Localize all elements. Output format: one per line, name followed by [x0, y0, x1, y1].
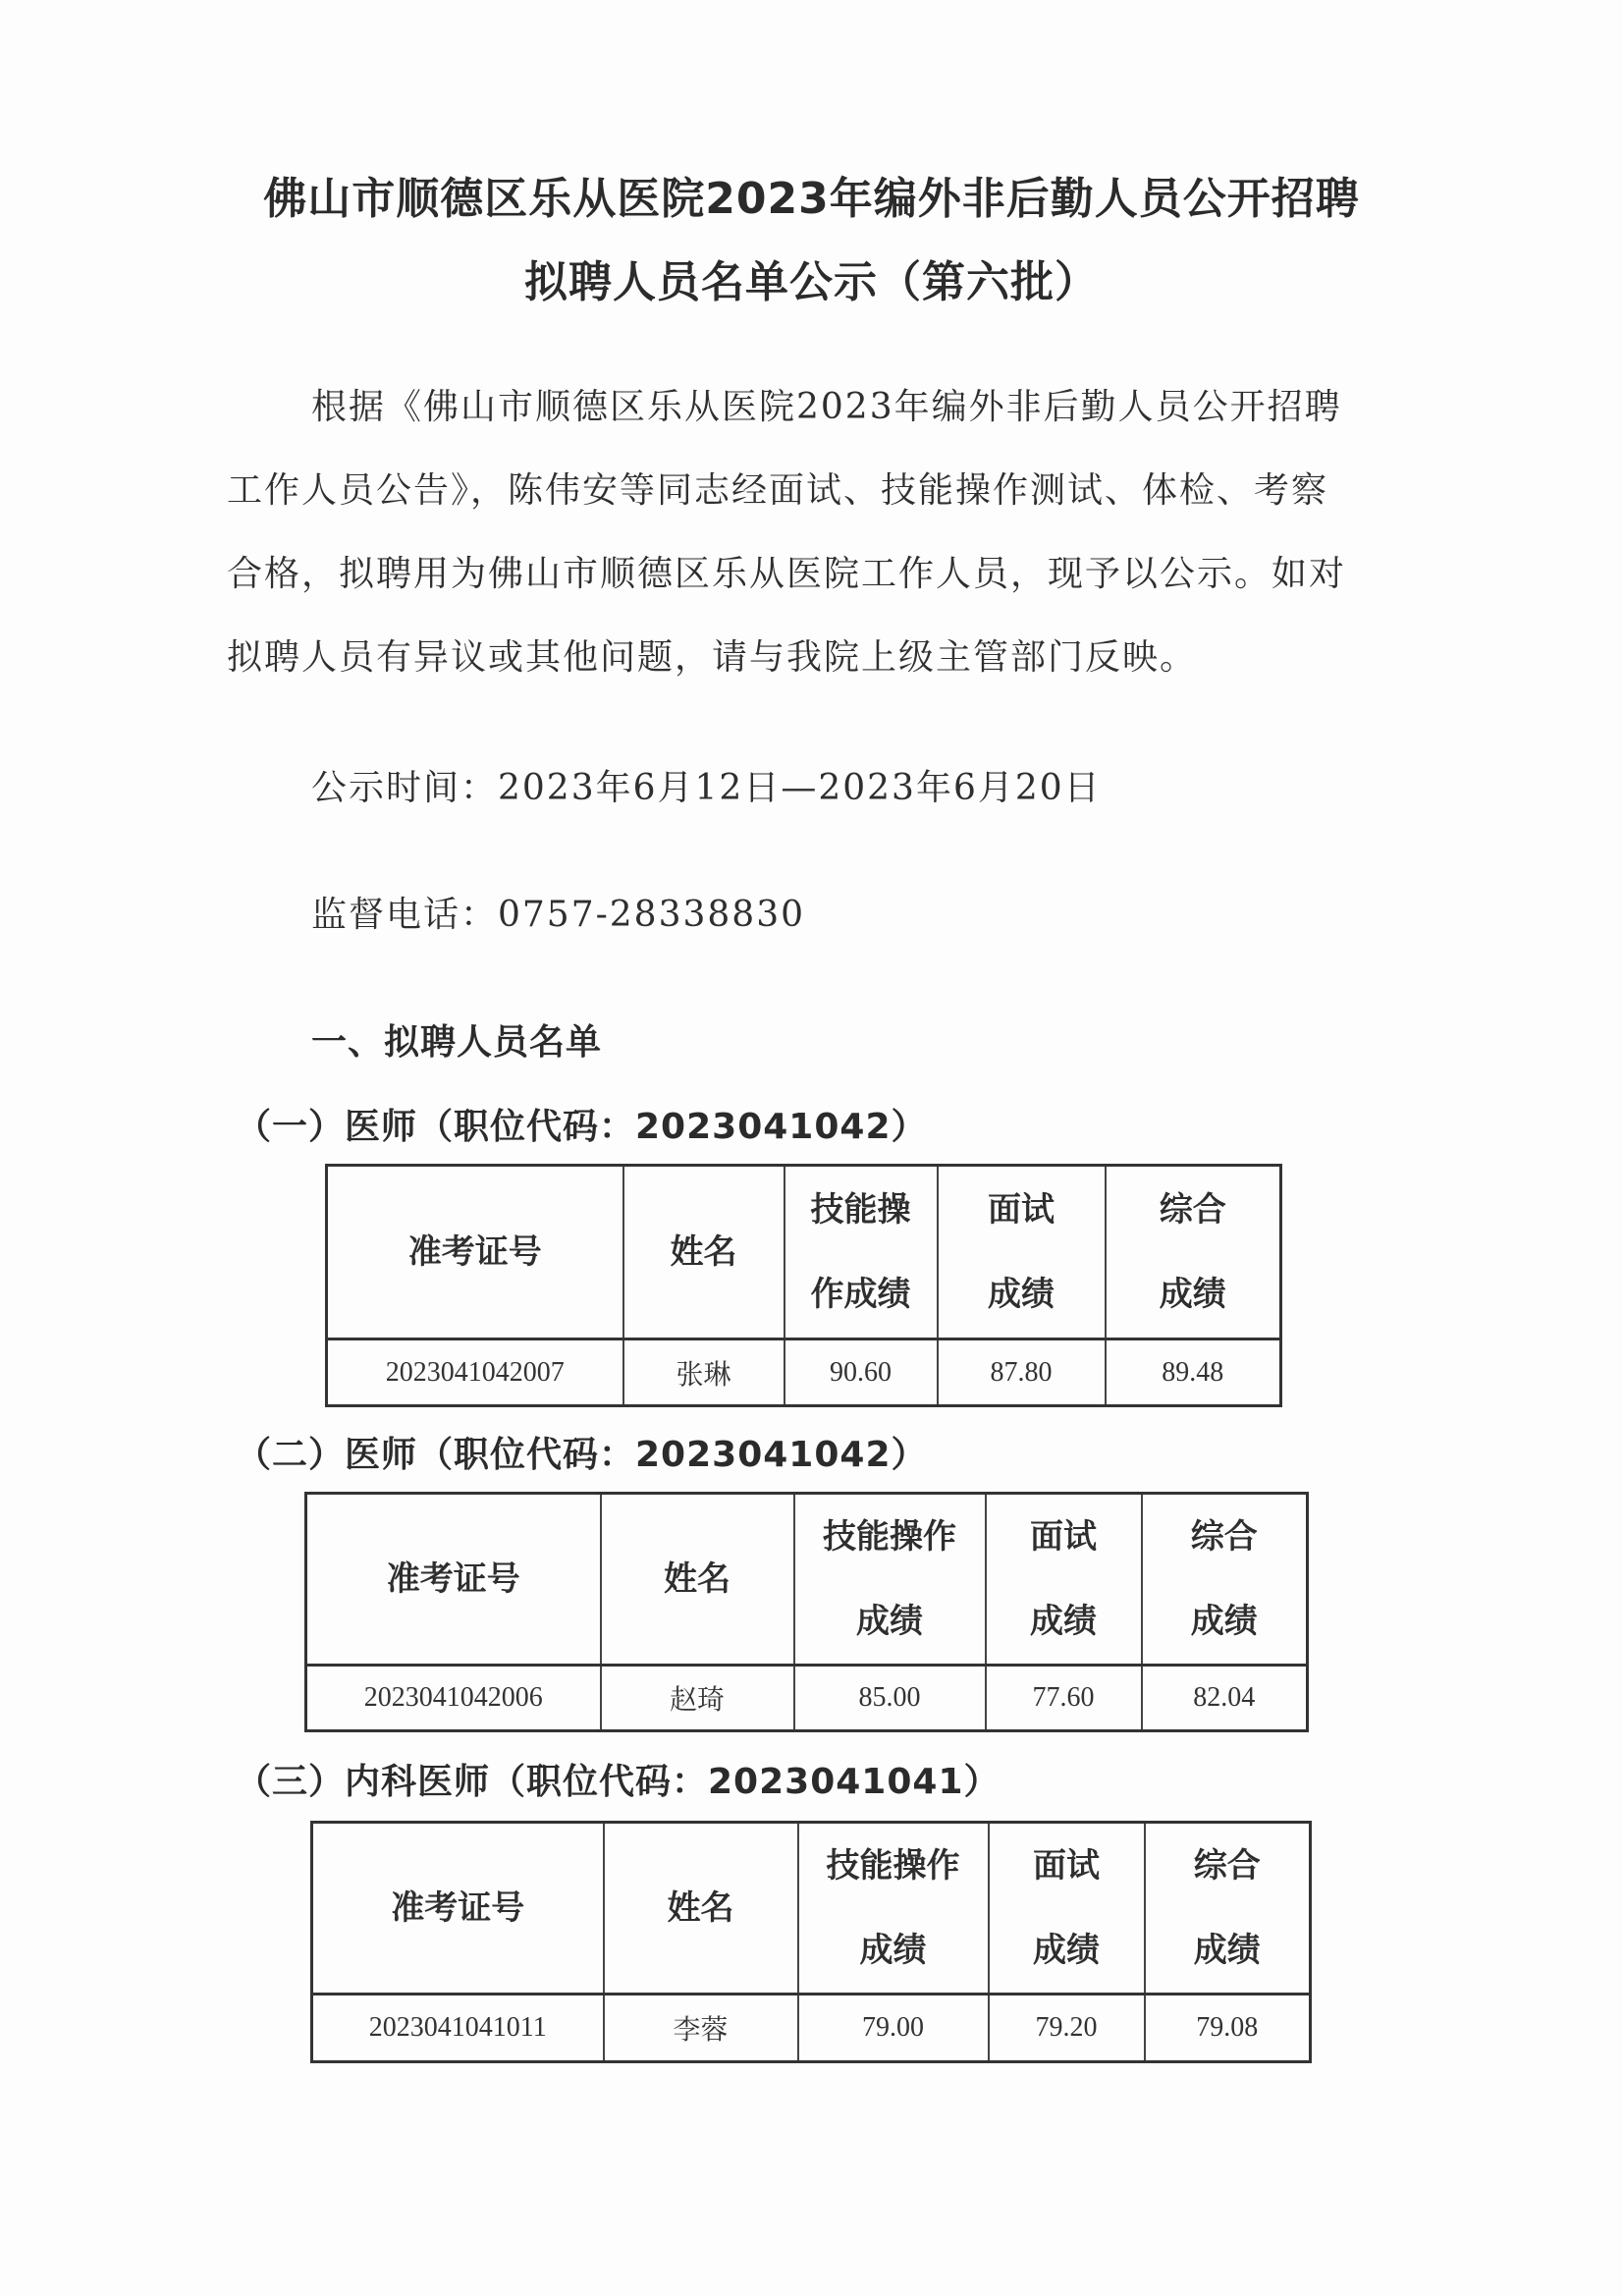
- header-interview-score: 面试成绩: [989, 1823, 1145, 1995]
- cell-name: 赵琦: [601, 1666, 794, 1731]
- cell-exam-number: 2023041042007: [327, 1339, 623, 1406]
- supervision-phone: 监督电话：0757-28338830: [311, 887, 805, 937]
- cell-total-score: 79.08: [1145, 1995, 1311, 2062]
- cell-exam-number: 2023041041011: [312, 1995, 604, 2062]
- header-name: 姓名: [601, 1494, 794, 1666]
- table-row: 2023041042007 张琳 90.60 87.80 89.48: [327, 1339, 1281, 1406]
- cell-total-score: 82.04: [1142, 1666, 1308, 1731]
- table1-heading: （一）医师（职位代码：2023041042）: [236, 1099, 928, 1149]
- header-exam-number: 准考证号: [312, 1823, 604, 1995]
- header-name: 姓名: [623, 1166, 784, 1339]
- header-total-score: 综合成绩: [1106, 1166, 1281, 1339]
- header-interview-score: 面试成绩: [986, 1494, 1142, 1666]
- cell-name: 张琳: [623, 1339, 784, 1406]
- document-title-line1: 佛山市顺德区乐从医院2023年编外非后勤人员公开招聘: [0, 163, 1623, 226]
- table-row: 2023041042006 赵琦 85.00 77.60 82.04: [306, 1666, 1308, 1731]
- cell-skill-score: 85.00: [794, 1666, 986, 1731]
- cell-interview-score: 79.20: [989, 1995, 1145, 2062]
- cell-total-score: 89.48: [1106, 1339, 1281, 1406]
- paragraph-line-4: 拟聘人员有异议或其他问题，请与我院上级主管部门反映。: [227, 629, 1364, 680]
- paragraph-line-3: 合格，拟聘用为佛山市顺德区乐从医院工作人员，现予以公示。如对: [227, 546, 1364, 596]
- table-row: 2023041041011 李蓉 79.00 79.20 79.08: [312, 1995, 1311, 2062]
- cell-interview-score: 77.60: [986, 1666, 1142, 1731]
- score-table-1: 准考证号 姓名 技能操作成绩 面试成绩 综合成绩 2023041042007 张…: [325, 1164, 1282, 1407]
- table-header-row: 准考证号 姓名 技能操作成绩 面试成绩 综合成绩: [312, 1823, 1311, 1995]
- header-exam-number: 准考证号: [306, 1494, 601, 1666]
- cell-name: 李蓉: [604, 1995, 798, 2062]
- table-header-row: 准考证号 姓名 技能操作成绩 面试成绩 综合成绩: [327, 1166, 1281, 1339]
- paragraph-line-2: 工作人员公告》，陈伟安等同志经面试、技能操作测试、体检、考察: [227, 463, 1364, 513]
- header-exam-number: 准考证号: [327, 1166, 623, 1339]
- header-total-score: 综合成绩: [1145, 1823, 1311, 1995]
- header-interview-score: 面试成绩: [938, 1166, 1106, 1339]
- table-header-row: 准考证号 姓名 技能操作成绩 面试成绩 综合成绩: [306, 1494, 1308, 1666]
- header-skill-score: 技能操作成绩: [784, 1166, 938, 1339]
- score-table-2: 准考证号 姓名 技能操作成绩 面试成绩 综合成绩 2023041042006 赵…: [304, 1492, 1309, 1732]
- header-name: 姓名: [604, 1823, 798, 1995]
- cell-exam-number: 2023041042006: [306, 1666, 601, 1731]
- cell-skill-score: 79.00: [798, 1995, 989, 2062]
- header-skill-score: 技能操作成绩: [794, 1494, 986, 1666]
- table3-heading: （三）内科医师（职位代码：2023041041）: [236, 1754, 1001, 1804]
- section-heading: 一、拟聘人员名单: [311, 1014, 602, 1065]
- table2-heading: （二）医师（职位代码：2023041042）: [236, 1427, 928, 1477]
- paragraph-line-1: 根据《佛山市顺德区乐从医院2023年编外非后勤人员公开招聘: [311, 379, 1364, 429]
- document-title-line2: 拟聘人员名单公示（第六批）: [0, 246, 1623, 309]
- cell-skill-score: 90.60: [784, 1339, 938, 1406]
- publicity-period: 公示时间：2023年6月12日—2023年6月20日: [311, 760, 1102, 810]
- score-table-3: 准考证号 姓名 技能操作成绩 面试成绩 综合成绩 2023041041011 李…: [310, 1821, 1312, 2063]
- header-skill-score: 技能操作成绩: [798, 1823, 989, 1995]
- header-total-score: 综合成绩: [1142, 1494, 1308, 1666]
- cell-interview-score: 87.80: [938, 1339, 1106, 1406]
